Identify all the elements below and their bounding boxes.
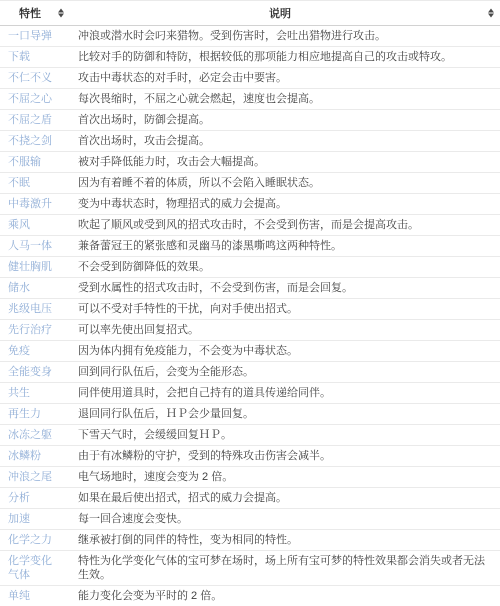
trait-link[interactable]: 一口导弹 (8, 30, 52, 42)
header-row: 特性 说明 (0, 1, 500, 26)
trait-cell: 不屈之盾 (0, 110, 70, 131)
trait-link[interactable]: 冰冻之躯 (8, 429, 52, 441)
trait-cell: 冰冻之躯 (0, 425, 70, 446)
table-row: 人马一体兼备蕾冠王的紧张感和灵幽马的漆黑嘶鸣这两种特性。 (0, 236, 500, 257)
sort-icon (488, 9, 494, 18)
header-description-label: 说明 (269, 8, 291, 20)
trait-cell: 化学变化气体 (0, 551, 70, 586)
trait-description: 吹起了顺风或受到风的招式攻击时，不会受到伤害，而是会提高攻击。 (70, 215, 500, 236)
trait-description: 冲浪或潜水时会叼来猎物。受到伤害时，会吐出猎物进行攻击。 (70, 26, 500, 47)
trait-link[interactable]: 不屈之盾 (8, 114, 52, 126)
trait-cell: 人马一体 (0, 236, 70, 257)
trait-description: 同伴使用道具时，会把自己持有的道具传递给同伴。 (70, 383, 500, 404)
trait-link[interactable]: 不仁不义 (8, 72, 52, 84)
trait-link[interactable]: 冲浪之尾 (8, 471, 52, 483)
trait-description: 下雪天气时，会缓缓回复ＨＰ。 (70, 425, 500, 446)
trait-cell: 一口导弹 (0, 26, 70, 47)
trait-cell: 不仁不义 (0, 68, 70, 89)
trait-cell: 单纯 (0, 586, 70, 606)
trait-description: 每一回合速度会变快。 (70, 509, 500, 530)
trait-link[interactable]: 不屈之心 (8, 93, 52, 105)
trait-link[interactable]: 全能变身 (8, 366, 52, 378)
table-row: 不屈之盾首次出场时，防御会提高。 (0, 110, 500, 131)
trait-description: 比较对手的防御和特防，根据较低的那项能力相应地提高自己的攻击或特攻。 (70, 47, 500, 68)
trait-description: 特性为化学变化气体的宝可梦在场时，场上所有宝可梦的特性效果都会消失或者无法生效。 (70, 551, 500, 586)
trait-link[interactable]: 分析 (8, 492, 30, 504)
table-row: 先行治疗可以率先使出回复招式。 (0, 320, 500, 341)
trait-description: 能力变化会变为平时的 2 倍。 (70, 586, 500, 606)
table-body: 一口导弹冲浪或潜水时会叼来猎物。受到伤害时，会吐出猎物进行攻击。下载比较对手的防… (0, 26, 500, 606)
table-header: 特性 说明 (0, 1, 500, 26)
trait-link[interactable]: 免疫 (8, 345, 30, 357)
trait-link[interactable]: 再生力 (8, 408, 41, 420)
trait-description: 电气场地时，速度会变为 2 倍。 (70, 467, 500, 488)
table-row: 化学变化气体特性为化学变化气体的宝可梦在场时，场上所有宝可梦的特性效果都会消失或… (0, 551, 500, 586)
table-row: 兆级电压可以不受对手特性的干扰，向对手使出招式。 (0, 299, 500, 320)
trait-cell: 加速 (0, 509, 70, 530)
trait-cell: 全能变身 (0, 362, 70, 383)
trait-description: 每次畏缩时，不屈之心就会燃起，速度也会提高。 (70, 89, 500, 110)
table-row: 加速每一回合速度会变快。 (0, 509, 500, 530)
trait-link[interactable]: 兆级电压 (8, 303, 52, 315)
trait-description: 继承被打倒的同伴的特性，变为相同的特性。 (70, 530, 500, 551)
trait-cell: 免疫 (0, 341, 70, 362)
trait-link[interactable]: 不眠 (8, 177, 30, 189)
trait-cell: 不服输 (0, 152, 70, 173)
table-row: 健壮胸肌不会受到防御降低的效果。 (0, 257, 500, 278)
table-row: 冰鳞粉由于有冰鳞粉的守护，受到的特殊攻击伤害会减半。 (0, 446, 500, 467)
trait-cell: 分析 (0, 488, 70, 509)
trait-cell: 化学之力 (0, 530, 70, 551)
trait-description: 因为体内拥有免疫能力，不会变为中毒状态。 (70, 341, 500, 362)
trait-link[interactable]: 健壮胸肌 (8, 261, 52, 273)
table-row: 乘风吹起了顺风或受到风的招式攻击时，不会受到伤害，而是会提高攻击。 (0, 215, 500, 236)
trait-link[interactable]: 加速 (8, 513, 30, 525)
trait-description: 变为中毒状态时，物理招式的威力会提高。 (70, 194, 500, 215)
trait-description: 可以率先使出回复招式。 (70, 320, 500, 341)
trait-description: 如果在最后使出招式，招式的威力会提高。 (70, 488, 500, 509)
trait-link[interactable]: 不挠之剑 (8, 135, 52, 147)
trait-description: 由于有冰鳞粉的守护，受到的特殊攻击伤害会减半。 (70, 446, 500, 467)
sort-icon (58, 9, 64, 18)
table-row: 不屈之心每次畏缩时，不屈之心就会燃起，速度也会提高。 (0, 89, 500, 110)
table-row: 冲浪之尾电气场地时，速度会变为 2 倍。 (0, 467, 500, 488)
trait-cell: 乘风 (0, 215, 70, 236)
trait-cell: 不眠 (0, 173, 70, 194)
trait-cell: 不挠之剑 (0, 131, 70, 152)
trait-link[interactable]: 储水 (8, 282, 30, 294)
trait-link[interactable]: 先行治疗 (8, 324, 52, 336)
header-trait-column[interactable]: 特性 (0, 1, 70, 26)
abilities-table: 特性 说明 一口导弹冲浪或潜水时会叼来猎物。受到伤害时，会吐出猎物进行攻击。下载… (0, 0, 500, 606)
header-trait-label: 特性 (19, 8, 41, 20)
trait-cell: 中毒激升 (0, 194, 70, 215)
trait-description: 因为有着睡不着的体质，所以不会陷入睡眠状态。 (70, 173, 500, 194)
trait-link[interactable]: 化学之力 (8, 534, 52, 546)
table-row: 不仁不义攻击中毒状态的对手时，必定会击中要害。 (0, 68, 500, 89)
trait-link[interactable]: 中毒激升 (8, 198, 52, 210)
trait-description: 被对手降低能力时，攻击会大幅提高。 (70, 152, 500, 173)
table-row: 下载比较对手的防御和特防，根据较低的那项能力相应地提高自己的攻击或特攻。 (0, 47, 500, 68)
header-description-column[interactable]: 说明 (70, 1, 500, 26)
trait-link[interactable]: 单纯 (8, 590, 30, 602)
table-row: 全能变身回到同行队伍后，会变为全能形态。 (0, 362, 500, 383)
trait-description: 可以不受对手特性的干扰，向对手使出招式。 (70, 299, 500, 320)
trait-link[interactable]: 化学变化气体 (8, 555, 52, 581)
trait-description: 攻击中毒状态的对手时，必定会击中要害。 (70, 68, 500, 89)
trait-cell: 储水 (0, 278, 70, 299)
trait-link[interactable]: 共生 (8, 387, 30, 399)
trait-link[interactable]: 人马一体 (8, 240, 52, 252)
trait-cell: 下载 (0, 47, 70, 68)
trait-description: 首次出场时，攻击会提高。 (70, 131, 500, 152)
table-row: 单纯能力变化会变为平时的 2 倍。 (0, 586, 500, 606)
table-row: 不挠之剑首次出场时，攻击会提高。 (0, 131, 500, 152)
table-row: 分析如果在最后使出招式，招式的威力会提高。 (0, 488, 500, 509)
table-row: 化学之力继承被打倒的同伴的特性，变为相同的特性。 (0, 530, 500, 551)
table-row: 一口导弹冲浪或潜水时会叼来猎物。受到伤害时，会吐出猎物进行攻击。 (0, 26, 500, 47)
trait-description: 不会受到防御降低的效果。 (70, 257, 500, 278)
trait-cell: 先行治疗 (0, 320, 70, 341)
table-row: 再生力退回同行队伍后，ＨＰ会少量回复。 (0, 404, 500, 425)
trait-cell: 冲浪之尾 (0, 467, 70, 488)
table-row: 储水受到水属性的招式攻击时，不会受到伤害，而是会回复。 (0, 278, 500, 299)
trait-cell: 再生力 (0, 404, 70, 425)
trait-description: 首次出场时，防御会提高。 (70, 110, 500, 131)
trait-description: 兼备蕾冠王的紧张感和灵幽马的漆黑嘶鸣这两种特性。 (70, 236, 500, 257)
table-row: 共生同伴使用道具时，会把自己持有的道具传递给同伴。 (0, 383, 500, 404)
trait-cell: 共生 (0, 383, 70, 404)
table-row: 中毒激升变为中毒状态时，物理招式的威力会提高。 (0, 194, 500, 215)
trait-link[interactable]: 不服输 (8, 156, 41, 168)
trait-cell: 不屈之心 (0, 89, 70, 110)
trait-cell: 健壮胸肌 (0, 257, 70, 278)
trait-description: 回到同行队伍后，会变为全能形态。 (70, 362, 500, 383)
table-row: 不眠因为有着睡不着的体质，所以不会陷入睡眠状态。 (0, 173, 500, 194)
trait-description: 退回同行队伍后，ＨＰ会少量回复。 (70, 404, 500, 425)
trait-description: 受到水属性的招式攻击时，不会受到伤害，而是会回复。 (70, 278, 500, 299)
trait-link[interactable]: 冰鳞粉 (8, 450, 41, 462)
table-row: 不服输被对手降低能力时，攻击会大幅提高。 (0, 152, 500, 173)
table-row: 冰冻之躯下雪天气时，会缓缓回复ＨＰ。 (0, 425, 500, 446)
table-row: 免疫因为体内拥有免疫能力，不会变为中毒状态。 (0, 341, 500, 362)
trait-link[interactable]: 乘风 (8, 219, 30, 231)
trait-link[interactable]: 下载 (8, 51, 30, 63)
trait-cell: 兆级电压 (0, 299, 70, 320)
trait-cell: 冰鳞粉 (0, 446, 70, 467)
